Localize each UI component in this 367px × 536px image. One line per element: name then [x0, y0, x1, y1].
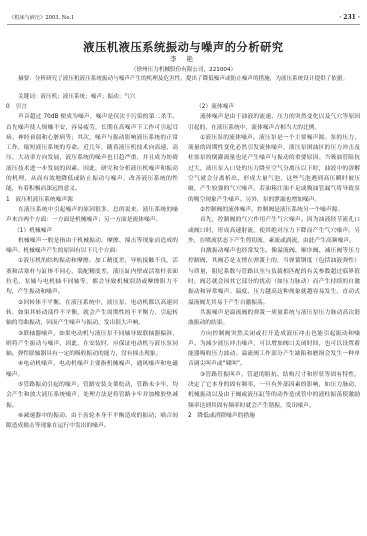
page-header: 《机床与液压》2003. No.1 · 231 · [7, 13, 360, 25]
subsection-heading: （2）流体噪声 [188, 102, 360, 112]
paragraph: ⑥减速器中的振动。由于齿轮本身不平衡造成的振动；啮合间隙造成撞击等现象在运行中发… [6, 411, 178, 432]
paragraph: 首先，控制阀的气穴作用产生气穴噪声。因为油液经节流孔口或阀口时，形成高速射流，使… [188, 215, 360, 246]
paragraph: ①液压泵的流体噪声。液压泵是一个主要噪声源。泵的压力、流量的周期性变化必然引发流… [188, 133, 360, 205]
paragraph: 流体噪声是由于油液的流速、压力的突然变化以及气穴等原因引起的，在液压系统中，流体… [188, 112, 360, 133]
subsection-heading: （1）机械噪声 [6, 226, 178, 236]
section-heading: 1 液压机液压系统噪声源 [6, 195, 178, 205]
paragraph: ⑤管路振动引起的噪声。管路安装支架松动，管路未卡牢，均会产生和放大液压系统噪声，… [6, 380, 178, 411]
left-column: 0 引言 声音超过 70dB 便成为噪声，噪声是仅次于污染的第二杀手。首先噪声使… [6, 102, 178, 432]
paragraph: 共振噪声是溢流阀的弹簧一质量系统与液压泵压力脉动高次谐波振动的结果。 [188, 308, 360, 329]
paragraph: 声音超过 70dB 便成为噪声，噪声是仅次于污染的第二杀手。首先噪声使人烦燥不安… [6, 112, 178, 194]
paragraph: ③管路管振叫声。管道的阻抗、结构尺寸和形状等固有特性，决定了它本身的固有频率，一… [188, 370, 360, 411]
paper-author: 李 艳 [0, 54, 367, 63]
paragraph: ③联轴器噪声。如果电动机与液压泵不同轴导致联轴器偏斜，则将产生振动与噪声，因此，… [6, 329, 178, 360]
paragraph: ②控制阀的流体噪声。控制阀是液压系统另一个噪声源。 [188, 205, 360, 215]
keywords: 关键词：液压机；液压系统；噪声；振动；气穴 [6, 93, 362, 102]
paper-title: 液压机液压系统振动与噪声的分析研究 [0, 39, 367, 55]
page-number: · 231 · [339, 13, 360, 23]
author-affiliation: （徐州压力机械股份有限公司，221004） [0, 65, 367, 73]
paragraph: 方向控制阀突然关闭或打开造成液压冲击也能引起振动和噪声。为减少液压冲击噪声，可以… [188, 329, 360, 370]
paragraph: 自激振动噪声也经常发生。像溢流阀、顺序阀、减压阀等压力控制阀，其阀芯是支撑在弹簧… [188, 246, 360, 308]
paragraph: ②回转体不平衡。在液压系统中，液压泵、电动机都以高速回转，如果其转动部件不平衡，… [6, 298, 178, 329]
journal-citation: 《机床与液压》2003. No.1 [9, 13, 74, 23]
section-heading: 0 引言 [6, 102, 178, 112]
paragraph: 机械噪声一般是指由于机械振动、摩擦、撞击等现象而造成的噪声。机械噪声产生的原因有… [6, 236, 178, 257]
paragraph: ④电动机噪声。电动机噪声主要指机械噪声、通风噪声和电磁噪声。 [6, 359, 178, 380]
paragraph: ①液压机的结构振动和摩擦。加工精度差，导轨接触不良，活塞和活塞杆与缸体不同心，装… [6, 256, 178, 297]
right-column: （2）流体噪声 流体噪声是由于油液的流速、压力的突然变化以及气穴等原因引起的，在… [188, 102, 360, 421]
section-heading: 2 降低或消除噪声的措施 [188, 411, 360, 421]
abstract: 摘要：分析研究了液压机液压系统振动与噪声产生的机理及危害性，提出了降低噪声或防止… [6, 75, 362, 84]
paragraph: 在液压系统中引起噪声的原因很多，总的说来，液压系统的噪声来自两个方面：一方面是机… [6, 205, 178, 226]
